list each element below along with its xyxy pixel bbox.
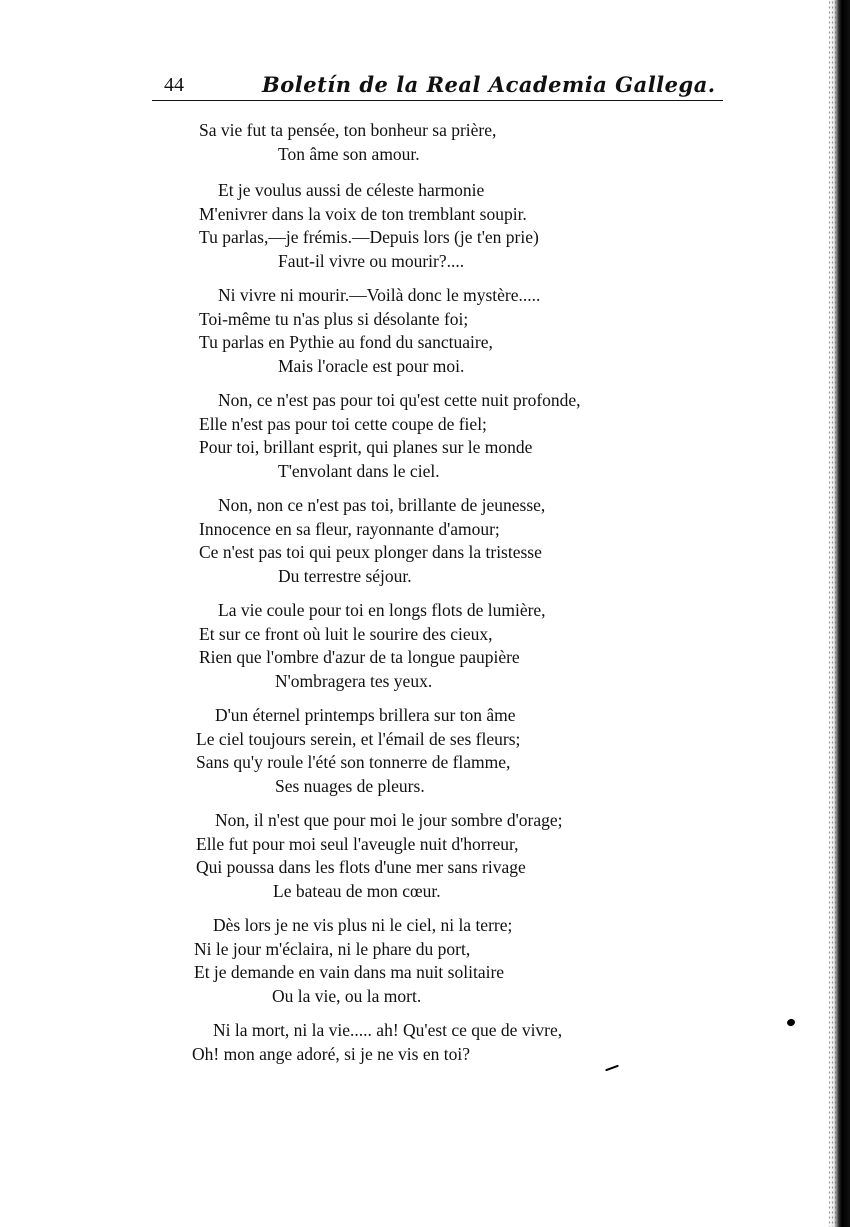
- verse-line: Tu parlas en Pythie au fond du sanctuair…: [0, 331, 850, 355]
- verse-line: Et je demande en vain dans ma nuit solit…: [0, 961, 850, 985]
- stanza: Ni vivre ni mourir.—Voilà donc le mystèr…: [0, 284, 850, 378]
- verse-line: Et je voulus aussi de céleste harmonie: [0, 179, 850, 203]
- page-number: 44: [164, 74, 184, 97]
- verse-line: Le ciel toujours serein, et l'émail de s…: [0, 728, 850, 752]
- verse-line-short: Faut-il vivre ou mourir?....: [0, 250, 850, 274]
- verse-line: Rien que l'ombre d'azur de ta longue pau…: [0, 646, 850, 670]
- verse-line: Non, non ce n'est pas toi, brillante de …: [0, 494, 850, 518]
- verse-line: Sans qu'y roule l'été son tonnerre de fl…: [0, 751, 850, 775]
- verse-line-short: Le bateau de mon cœur.: [0, 880, 850, 904]
- page-header: 44 Boletín de la Real Academia Gallega.: [160, 72, 723, 100]
- stanza: Non, il n'est que pour moi le jour sombr…: [0, 809, 850, 903]
- verse-line: Ni la mort, ni la vie..... ah! Qu'est ce…: [0, 1019, 850, 1043]
- stanza: Sa vie fut ta pensée, ton bonheur sa pri…: [0, 119, 850, 166]
- verse-line: Sa vie fut ta pensée, ton bonheur sa pri…: [0, 119, 850, 143]
- verse-line: M'enivrer dans la voix de ton tremblant …: [0, 203, 850, 227]
- verse-line: Elle fut pour moi seul l'aveugle nuit d'…: [0, 833, 850, 857]
- stanza: D'un éternel printemps brillera sur ton …: [0, 704, 850, 798]
- verse-line: Oh! mon ange adoré, si je ne vis en toi?: [0, 1043, 850, 1067]
- verse-line-short: Ses nuages de pleurs.: [0, 775, 850, 799]
- verse-line-short: T'envolant dans le ciel.: [0, 460, 850, 484]
- verse-line-short: Ou la vie, ou la mort.: [0, 985, 850, 1009]
- verse-line: Pour toi, brillant esprit, qui planes su…: [0, 436, 850, 460]
- stanza: Ni la mort, ni la vie..... ah! Qu'est ce…: [0, 1019, 850, 1066]
- verse-line: Non, il n'est que pour moi le jour sombr…: [0, 809, 850, 833]
- verse-line: Ni vivre ni mourir.—Voilà donc le mystèr…: [0, 284, 850, 308]
- verse-line: Toi-même tu n'as plus si désolante foi;: [0, 308, 850, 332]
- verse-line: La vie coule pour toi en longs flots de …: [0, 599, 850, 623]
- verse-line: Dès lors je ne vis plus ni le ciel, ni l…: [0, 914, 850, 938]
- verse-line: Qui poussa dans les flots d'une mer sans…: [0, 856, 850, 880]
- verse-line-short: Mais l'oracle est pour moi.: [0, 355, 850, 379]
- verse-line: Tu parlas,—je frémis.—Depuis lors (je t'…: [0, 226, 850, 250]
- verse-line: Ni le jour m'éclaira, ni le phare du por…: [0, 938, 850, 962]
- stanza: Dès lors je ne vis plus ni le ciel, ni l…: [0, 914, 850, 1008]
- verse-line-short: N'ombragera tes yeux.: [0, 670, 850, 694]
- stanza: Non, non ce n'est pas toi, brillante de …: [0, 494, 850, 588]
- stanza: La vie coule pour toi en longs flots de …: [0, 599, 850, 693]
- running-title: Boletín de la Real Academia Gallega.: [262, 72, 716, 97]
- stanza: Non, ce n'est pas pour toi qu'est cette …: [0, 389, 850, 483]
- verse-line: Innocence en sa fleur, rayonnante d'amou…: [0, 518, 850, 542]
- stanza: Et je voulus aussi de céleste harmonie M…: [0, 179, 850, 273]
- verse-line: Non, ce n'est pas pour toi qu'est cette …: [0, 389, 850, 413]
- header-rule: [152, 100, 723, 101]
- verse-line-short: Du terrestre séjour.: [0, 565, 850, 589]
- verse-line: Et sur ce front où luit le sourire des c…: [0, 623, 850, 647]
- poem-body: Sa vie fut ta pensée, ton bonheur sa pri…: [0, 119, 850, 1077]
- verse-line: Ce n'est pas toi qui peux plonger dans l…: [0, 541, 850, 565]
- verse-line-short: Ton âme son amour.: [0, 143, 850, 167]
- verse-line: Elle n'est pas pour toi cette coupe de f…: [0, 413, 850, 437]
- verse-line: D'un éternel printemps brillera sur ton …: [0, 704, 850, 728]
